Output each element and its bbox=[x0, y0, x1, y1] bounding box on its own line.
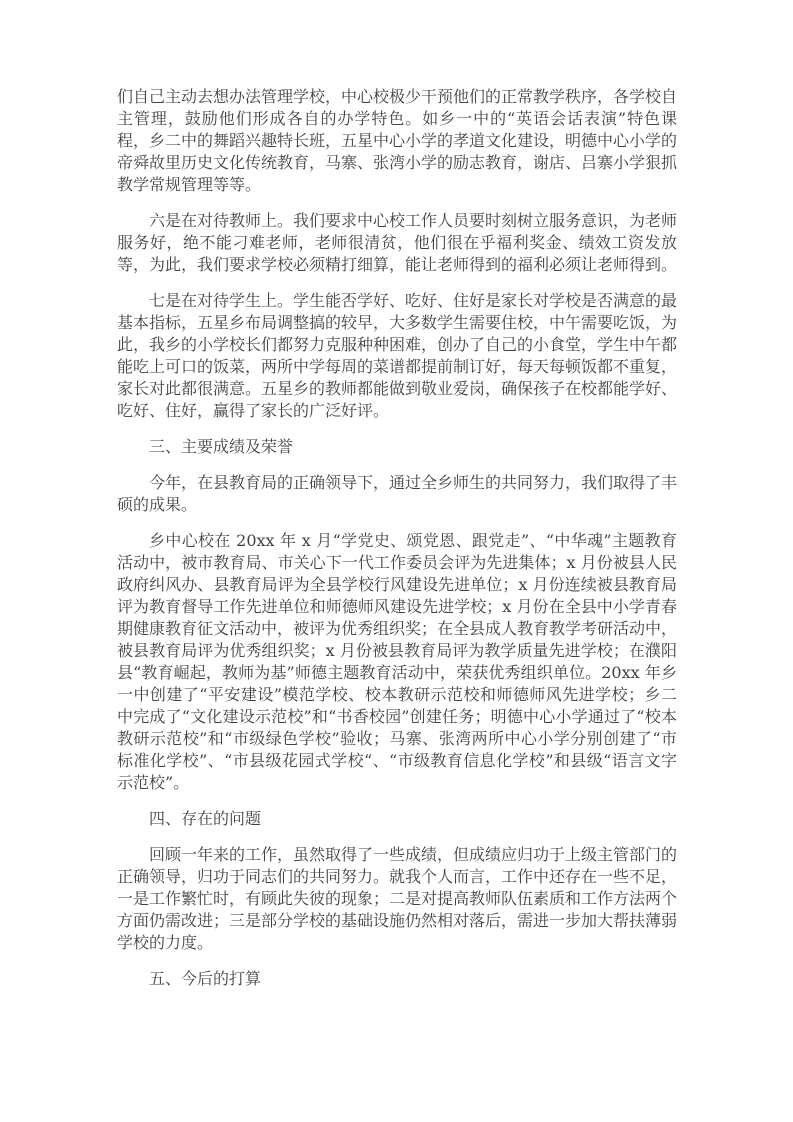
section-heading-future-plans: 五、今后的打算 bbox=[117, 968, 677, 990]
section-heading-achievements: 三、主要成绩及荣誉 bbox=[117, 436, 677, 458]
document-page: 们自己主动去想办法管理学校，中心校极少干预他们的正常教学秩序，各学校自主管理，鼓… bbox=[0, 0, 793, 1122]
body-paragraph-treat-teachers: 六是在对待教师上。我们要求中心校工作人员要时刻树立服务意识，为老师服务好，绝不能… bbox=[117, 210, 677, 276]
document-content: 们自己主动去想办法管理学校，中心校极少干预他们的正常教学秩序，各学校自主管理，鼓… bbox=[117, 86, 677, 1004]
section-heading-problems: 四、存在的问题 bbox=[117, 808, 677, 830]
body-paragraph-problems: 回顾一年来的工作，虽然取得了一些成绩，但成绩应归功于上级主管部门的正确领导，归功… bbox=[117, 844, 677, 954]
body-paragraph-treat-students: 七是在对待学生上。学生能否学好、吃好、住好是家长对学校是否满意的最基本指标，五星… bbox=[117, 290, 677, 422]
body-paragraph-continuation: 们自己主动去想办法管理学校，中心校极少干预他们的正常教学秩序，各学校自主管理，鼓… bbox=[117, 86, 677, 196]
body-paragraph-achievements-intro: 今年，在县教育局的正确领导下，通过全乡师生的共同努力，我们取得了丰硕的成果。 bbox=[117, 472, 677, 516]
body-paragraph-honors-list: 乡中心校在 20xx 年 x 月“学党史、颂党恩、跟党走”、“中华魂”主题教育活… bbox=[117, 530, 677, 794]
